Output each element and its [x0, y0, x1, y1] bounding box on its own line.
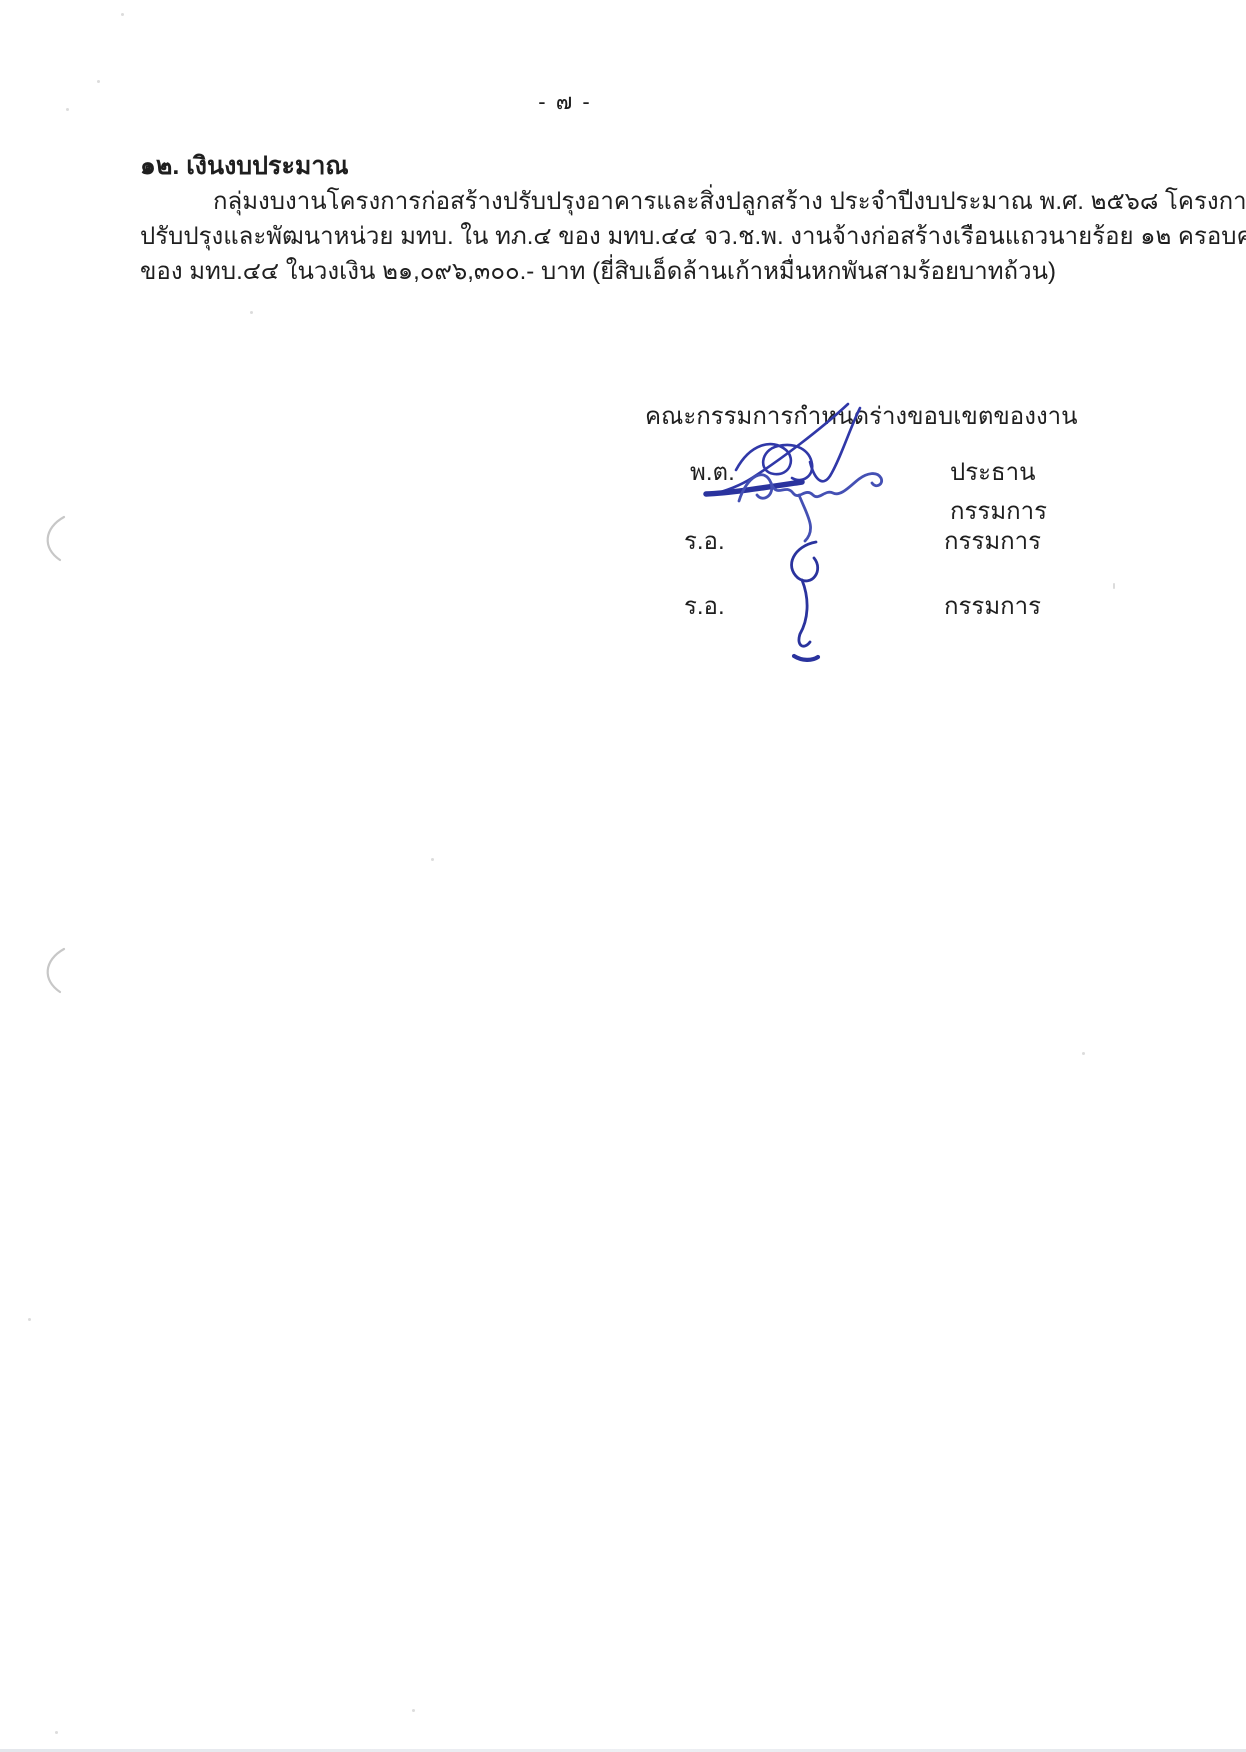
scan-speck: [28, 1318, 31, 1321]
scan-speck: [412, 1709, 415, 1712]
rank-label: ร.อ.: [684, 586, 725, 625]
role-label: กรรมการ: [944, 521, 1041, 560]
scan-speck: [121, 13, 124, 16]
paragraph-line: กลุ่มงบงานโครงการก่อสร้างปรับปรุงอาคารแล…: [140, 184, 1120, 219]
section-heading: ๑๒. เงินงบประมาณ: [140, 146, 349, 186]
scan-speck: [97, 80, 100, 83]
scan-speck: [250, 311, 253, 314]
signature-ink-member-2: [772, 538, 844, 666]
rank-label: ร.อ.: [684, 521, 725, 560]
page-number: - ๗ -: [0, 84, 1130, 119]
scan-crescent-artifact: [34, 514, 70, 564]
signature-ink-member-1: [733, 447, 893, 547]
role-label: กรรมการ: [944, 586, 1041, 625]
scan-crescent-artifact: [34, 946, 70, 996]
document-page: - ๗ - ๑๒. เงินงบประมาณ กลุ่มงบงานโครงการ…: [0, 0, 1246, 1752]
paragraph-line: ของ มทบ.๔๔ ในวงเงิน ๒๑,๐๙๖,๓๐๐.- บาท (ยี…: [140, 254, 1120, 289]
scan-speck: [431, 858, 434, 861]
scan-speck: [1113, 583, 1115, 589]
paragraph-line: ปรับปรุงและพัฒนาหน่วย มทบ. ใน ทภ.๔ ของ ม…: [140, 219, 1120, 254]
scan-speck: [1082, 1052, 1085, 1055]
scan-speck: [55, 1731, 58, 1734]
role-label: ประธานกรรมการ: [950, 452, 1047, 530]
body-paragraph: กลุ่มงบงานโครงการก่อสร้างปรับปรุงอาคารแล…: [140, 184, 1120, 289]
scan-speck: [66, 108, 69, 111]
